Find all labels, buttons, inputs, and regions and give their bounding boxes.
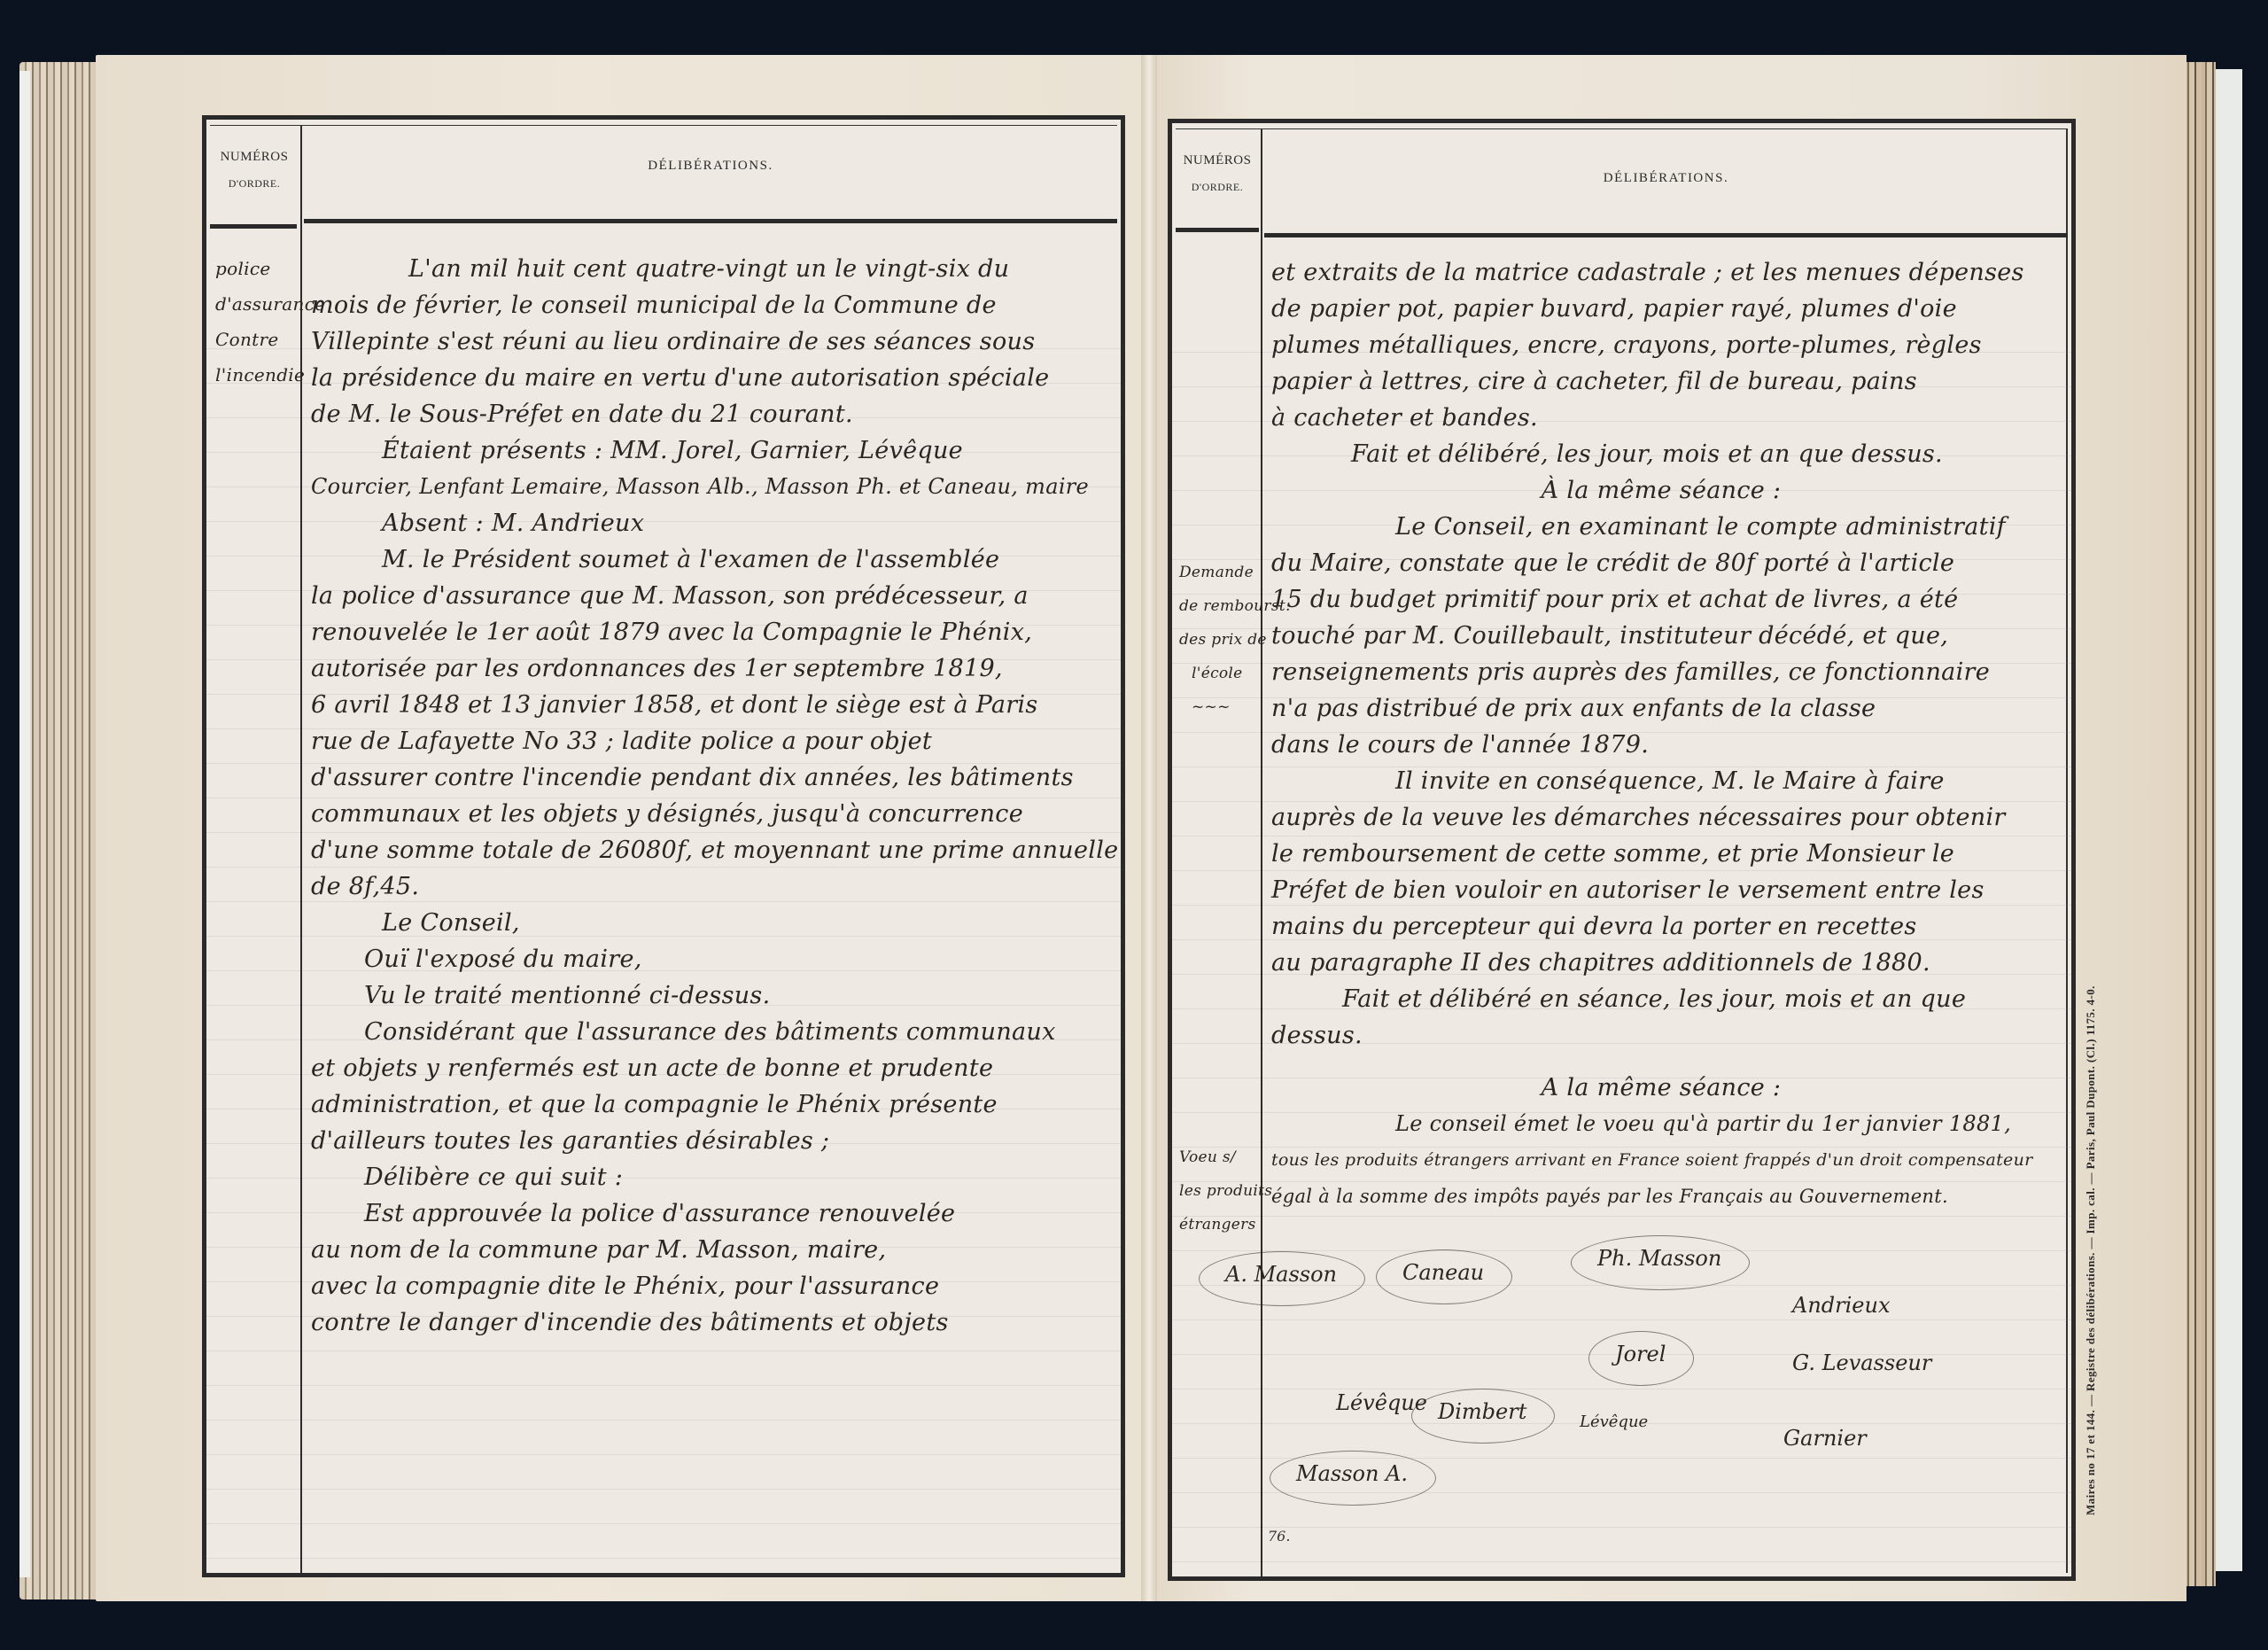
signature: Caneau — [1402, 1260, 1484, 1285]
text-line: d'une somme totale de 26080f, et moyenna… — [311, 832, 1118, 868]
text-line: tous les produits étrangers arrivant en … — [1271, 1142, 2051, 1179]
text-line: dans le cours de l'année 1879. — [1271, 727, 2051, 763]
text-line: renouvelée le 1er août 1879 avec la Comp… — [311, 614, 1118, 650]
page-number: 76. — [1268, 1528, 1290, 1545]
column-header-deliberations: DÉLIBÉRATIONS. — [1264, 171, 2068, 186]
column-header-deliberations: DÉLIBÉRATIONS. — [304, 159, 1117, 174]
column-header-numeros: NUMÉROS D'ORDRE. — [1176, 153, 1259, 194]
signature: Dimbert — [1438, 1399, 1526, 1424]
header-rule — [1264, 233, 2068, 237]
text-line: papier à lettres, cire à cacheter, fil d… — [1271, 363, 2051, 400]
text-line: à cacheter et bandes. — [1271, 400, 2051, 436]
signature: A. Masson — [1225, 1262, 1337, 1287]
text-line: rue de Lafayette No 33 ; ladite police a… — [311, 723, 1118, 759]
text-line: égal à la somme des impôts payés par les… — [1271, 1179, 2051, 1215]
text-line: de M. le Sous-Préfet en date du 21 coura… — [311, 396, 1118, 432]
signature: Masson A. — [1296, 1461, 1408, 1486]
text-line: Préfet de bien vouloir en autoriser le v… — [1271, 872, 2051, 908]
dordre-label: D'ORDRE. — [1176, 181, 1259, 194]
margin-note-line: les produits — [1179, 1174, 1272, 1208]
margin-note-line: Contre — [215, 322, 325, 357]
signature: Ph. Masson — [1597, 1246, 1721, 1271]
book-gutter — [1141, 55, 1157, 1601]
section-heading: À la même séance : — [1271, 472, 2051, 509]
header-rule — [304, 219, 1117, 223]
margin-note-line: l'incendie — [215, 357, 325, 393]
text-line: la présidence du maire en vertu d'une au… — [311, 360, 1118, 396]
text-line: Le Conseil, — [311, 905, 1118, 941]
signature: Lévêque — [1580, 1413, 1648, 1431]
text-line: touché par M. Couillebault, instituteur … — [1271, 618, 2051, 654]
header-rule — [210, 224, 297, 229]
right-register-frame: NUMÉROS D'ORDRE. DÉLIBÉRATIONS. Demande … — [1168, 119, 2076, 1581]
text-line: dessus. — [1271, 1017, 2051, 1054]
text-line: le remboursement de cette somme, et prie… — [1271, 836, 2051, 872]
text-line: 6 avril 1848 et 13 janvier 1858, et dont… — [311, 687, 1118, 723]
text-line: Le conseil émet le voeu qu'à partir du 1… — [1271, 1106, 2051, 1142]
text-line: de papier pot, papier buvard, papier ray… — [1271, 291, 2051, 327]
text-line: contre le danger d'incendie des bâtiment… — [311, 1304, 1118, 1341]
signature: G. Levasseur — [1792, 1350, 1931, 1375]
margin-note-voeu: Voeu s/ les produits étrangers — [1179, 1140, 1272, 1241]
text-line: L'an mil huit cent quatre-vingt un le vi… — [311, 251, 1118, 287]
text-line: Fait et délibéré, les jour, mois et an q… — [1271, 436, 2051, 472]
text-line: M. le Président soumet à l'examen de l'a… — [311, 541, 1118, 578]
open-register-book: NUMÉROS D'ORDRE. DÉLIBÉRATIONS. police d… — [0, 0, 2268, 1650]
margin-note: police d'assurance Contre l'incendie — [215, 251, 325, 393]
text-line: 15 du budget primitif pour prix et achat… — [1271, 581, 2051, 618]
text-line: Il invite en conséquence, M. le Maire à … — [1271, 763, 2051, 799]
right-deliberation-text: et extraits de la matrice cadastrale ; e… — [1271, 254, 2051, 1215]
text-line: communaux et les objets y désignés, jusq… — [311, 796, 1118, 832]
section-heading: A la même séance : — [1271, 1070, 2051, 1106]
signature: Jorel — [1615, 1342, 1666, 1366]
left-page-stack-edge — [19, 62, 99, 1599]
header-rule — [1176, 228, 1259, 232]
numeros-label: NUMÉROS — [210, 150, 299, 165]
text-line: renseignements pris auprès des familles,… — [1271, 654, 2051, 690]
margin-note-line: d'assurance — [215, 286, 325, 322]
text-line: d'assurer contre l'incendie pendant dix … — [311, 759, 1118, 796]
text-line: d'ailleurs toutes les garanties désirabl… — [311, 1123, 1118, 1159]
text-line: administration, et que la compagnie le P… — [311, 1086, 1118, 1123]
margin-note-line: étrangers — [1179, 1208, 1272, 1241]
text-line: autorisée par les ordonnances des 1er se… — [311, 650, 1118, 687]
left-register-frame: NUMÉROS D'ORDRE. DÉLIBÉRATIONS. police d… — [202, 115, 1125, 1577]
dordre-label: D'ORDRE. — [210, 177, 299, 191]
text-line: Fait et délibéré en séance, les jour, mo… — [1271, 981, 2051, 1017]
text-line: auprès de la veuve les démarches nécessa… — [1271, 799, 2051, 836]
signature: Andrieux — [1792, 1293, 1891, 1318]
text-line: Étaient présents : MM. Jorel, Garnier, L… — [311, 432, 1118, 469]
text-line: Vu le traité mentionné ci-dessus. — [311, 977, 1118, 1014]
text-line: la police d'assurance que M. Masson, son… — [311, 578, 1118, 614]
text-line: Le Conseil, en examinant le compte admin… — [1271, 509, 2051, 545]
text-line: plumes métalliques, encre, crayons, port… — [1271, 327, 2051, 363]
text-line: Absent : M. Andrieux — [311, 505, 1118, 541]
text-line: Délibère ce qui suit : — [311, 1159, 1118, 1195]
column-separator — [1261, 128, 1262, 1576]
text-line: Villepinte s'est réuni au lieu ordinaire… — [311, 323, 1118, 360]
text-line: mains du percepteur qui devra la porter … — [1271, 908, 2051, 945]
text-line: Considérant que l'assurance des bâtiment… — [311, 1014, 1118, 1050]
left-deliberation-text: L'an mil huit cent quatre-vingt un le vi… — [311, 251, 1118, 1341]
text-line: Est approuvée la police d'assurance reno… — [311, 1195, 1118, 1232]
right-page-stack-edge — [2184, 62, 2216, 1586]
text-line: et extraits de la matrice cadastrale ; e… — [1271, 254, 2051, 291]
text-line: et objets y renfermés est un acte de bon… — [311, 1050, 1118, 1086]
text-line: n'a pas distribué de prix aux enfants de… — [1271, 690, 2051, 727]
text-line: au nom de la commune par M. Masson, mair… — [311, 1232, 1118, 1268]
text-line: avec la compagnie dite le Phénix, pour l… — [311, 1268, 1118, 1304]
numeros-label: NUMÉROS — [1176, 153, 1259, 168]
column-header-numeros: NUMÉROS D'ORDRE. — [210, 150, 299, 191]
margin-note-line: Voeu s/ — [1179, 1140, 1272, 1174]
text-line: mois de février, le conseil municipal de… — [311, 287, 1118, 323]
text-line: Ouï l'exposé du maire, — [311, 941, 1118, 977]
text-line: au paragraphe II des chapitres additionn… — [1271, 945, 2051, 981]
margin-note-line: police — [215, 251, 325, 286]
text-line: de 8f,45. — [311, 868, 1118, 905]
text-line: Courcier, Lenfant Lemaire, Masson Alb., … — [311, 469, 1118, 505]
printer-imprint: Maires no 17 et 144. — Registre des déli… — [2084, 948, 2098, 1515]
signature: Garnier — [1783, 1426, 1867, 1451]
text-line: du Maire, constate que le crédit de 80f … — [1271, 545, 2051, 581]
